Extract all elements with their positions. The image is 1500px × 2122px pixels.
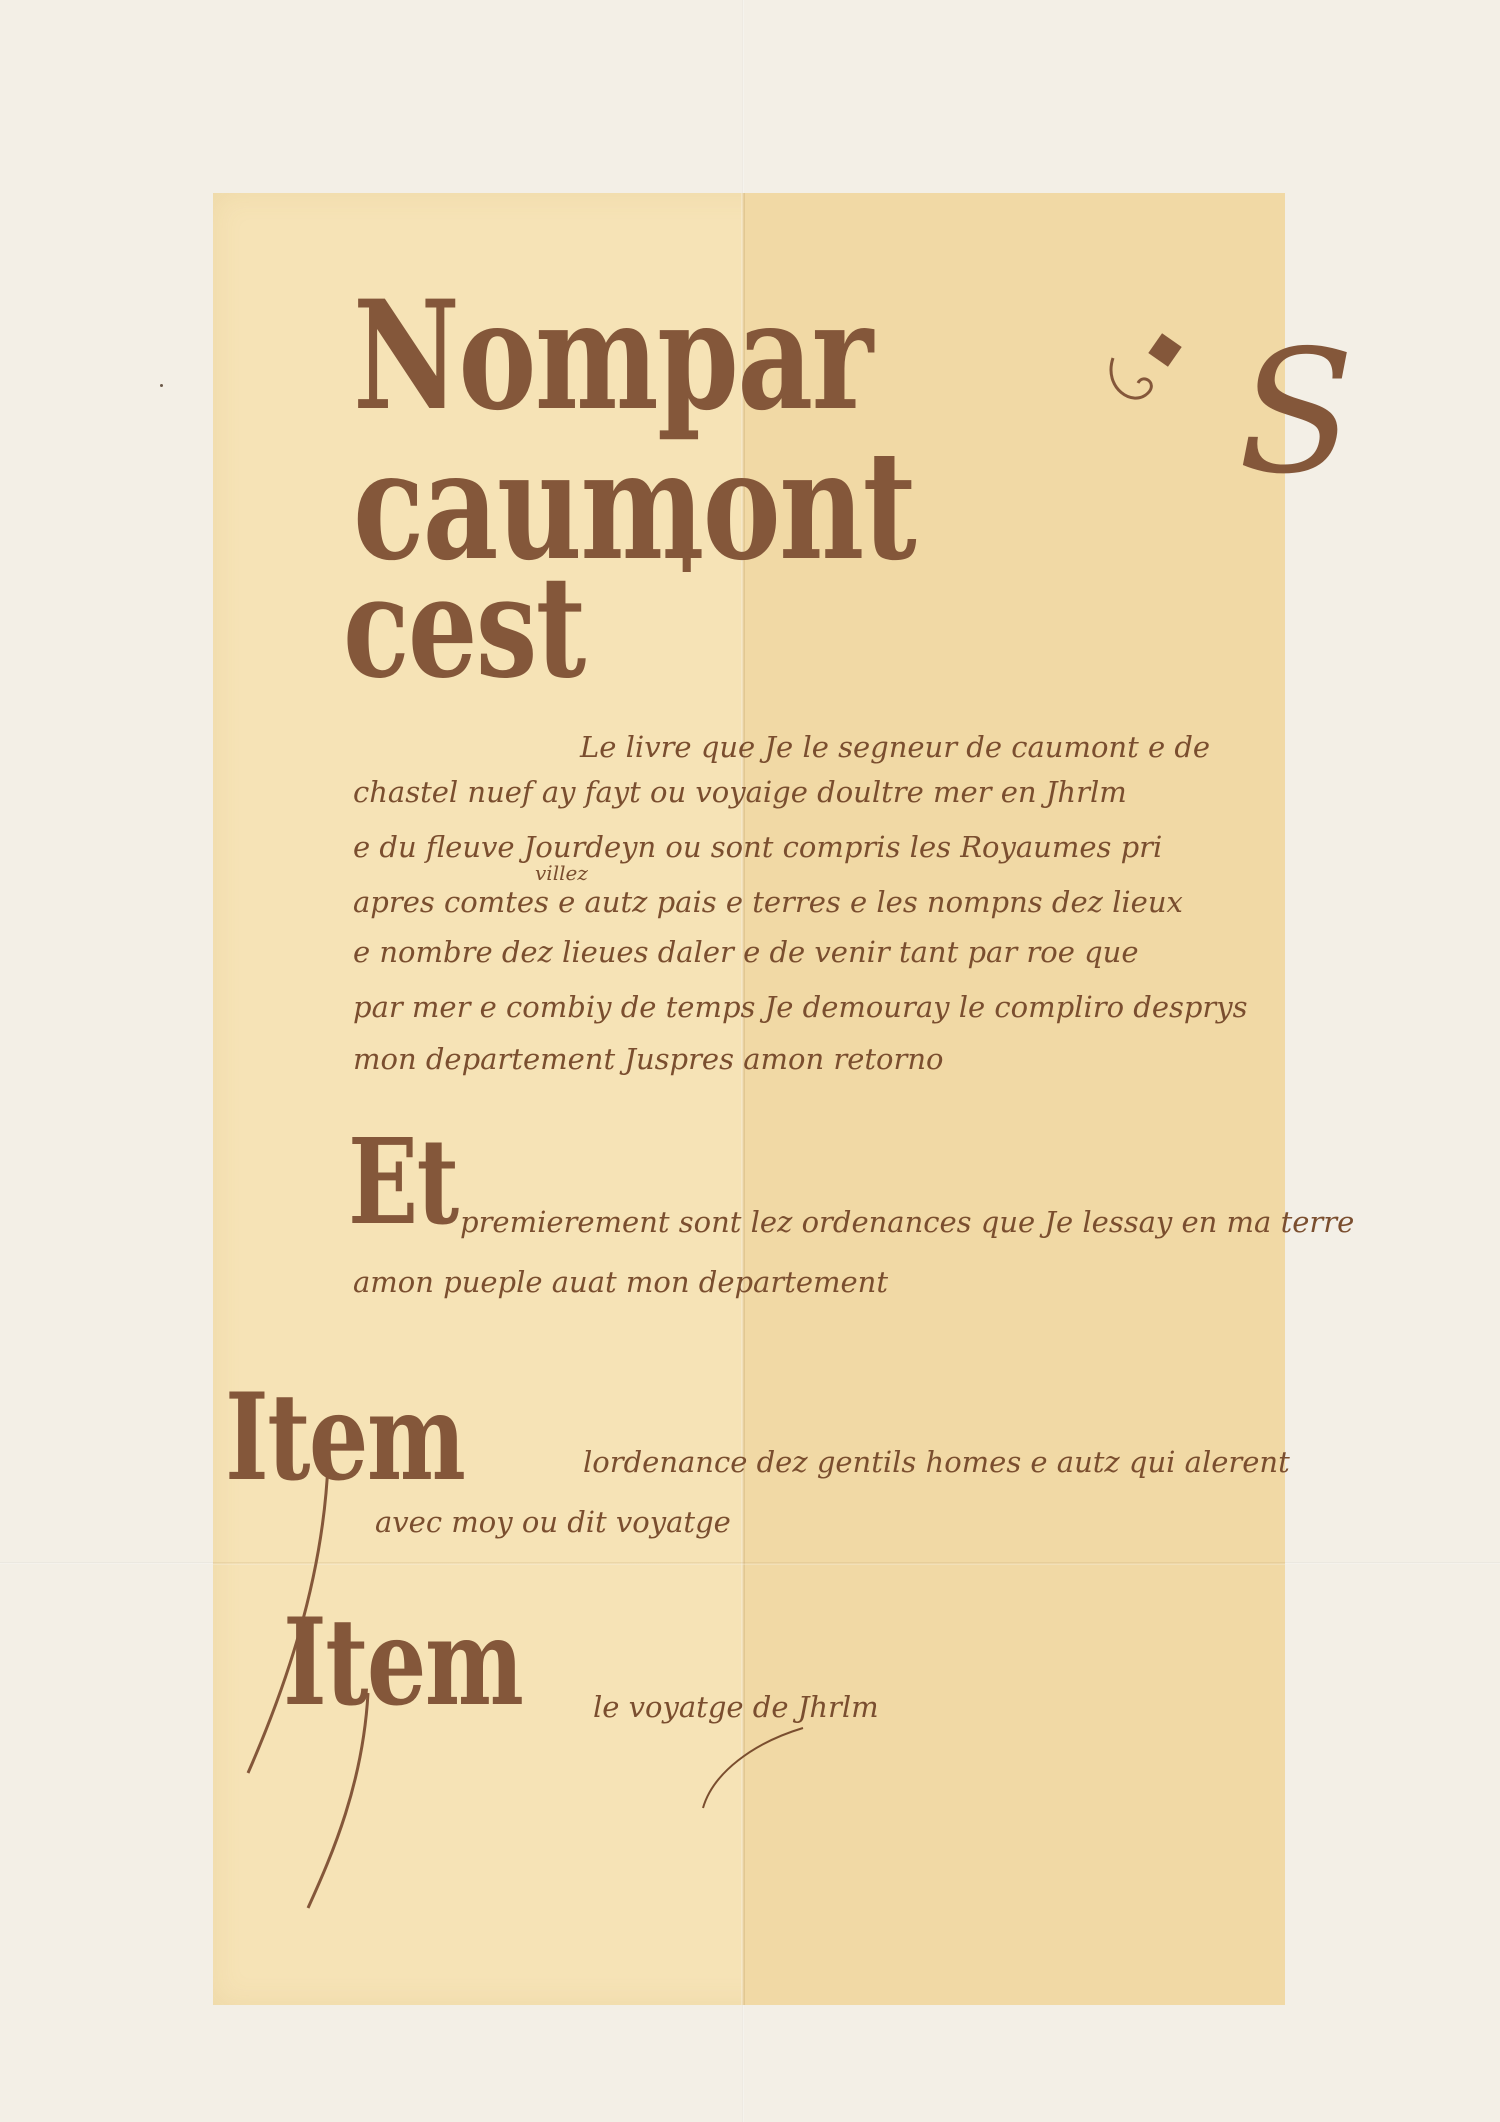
text-line: avec moy ou dit voyatge [375, 1508, 731, 1537]
apostrophe-mark: ' [676, 538, 697, 621]
text-line: amon pueple auat mon departement [353, 1268, 888, 1297]
title-flourish-icon [1103, 318, 1243, 458]
text-line: premierement sont lez ordenances que Je … [460, 1208, 1354, 1237]
text-line: mon departement Juspres amon retorno [353, 1045, 943, 1074]
interlinear-gloss: villez [535, 861, 588, 885]
text-line: chastel nuef ay fayt ou voyaige doultre … [353, 778, 1127, 807]
title-ornament-s: S [1238, 328, 1354, 498]
text-line: e du fleuve Jourdeyn ou sont compris les… [353, 833, 1162, 862]
item-descender-flourish-icon [303, 1693, 373, 1913]
voyatge-flourish-icon [693, 1723, 813, 1813]
paper-speck [160, 384, 163, 387]
plate-horizontal-crease [213, 1562, 1285, 1565]
text-line: le voyatge de Jhrlm [593, 1693, 879, 1722]
text-line: apres comtes e autz pais e terres e les … [353, 888, 1183, 917]
text-line: e nombre dez lieues daler e de venir tan… [353, 938, 1139, 967]
text-line: Le livre que Je le segneur de caumont e … [580, 733, 1210, 762]
section-heading-cest: cest [343, 558, 585, 698]
manuscript-plate: Nompar caumont S cest ' Le livre que Je … [213, 193, 1285, 2005]
manuscript-title: Nompar caumont [353, 281, 1080, 581]
text-line: lordenance dez gentils homes e autz qui … [583, 1448, 1290, 1477]
section-heading-et: Et [348, 1123, 458, 1241]
text-line: par mer e combiy de temps Je demouray le… [353, 993, 1248, 1022]
